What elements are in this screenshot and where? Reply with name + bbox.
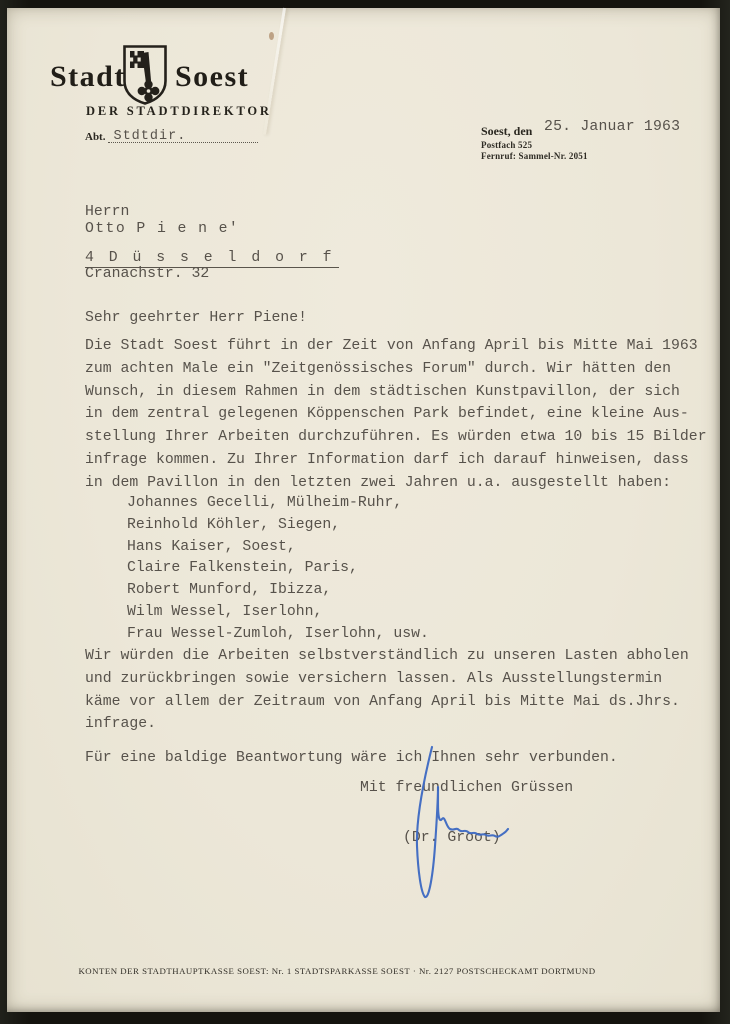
department-label: Abt. (85, 131, 105, 143)
footer-bank-accounts: KONTEN DER STADTHAUPTKASSE SOEST: Nr. 1 … (7, 966, 667, 976)
department-value: Stdtdir. (108, 129, 186, 144)
letter-date: 25. Januar 1963 (544, 119, 680, 135)
body-paragraph-3: Für eine baldige Beantwortung wäre ich I… (85, 747, 715, 770)
signature-scribble-icon (401, 743, 513, 911)
recipient-salutation: Herrn (85, 204, 129, 220)
recipient-street: Cranachstr. 32 (85, 266, 209, 282)
greeting-line: Sehr geehrter Herr Piene! (85, 307, 307, 330)
body-paragraph-2: Wir würden die Arbeiten selbstverständli… (85, 645, 715, 736)
artist-list: Johannes Gecelli, Mülheim-Ruhr, Reinhold… (127, 493, 429, 646)
paper-stain (269, 32, 274, 40)
letterhead-word-soest: Soest (175, 60, 249, 94)
body-paragraph-1: Die Stadt Soest führt in der Zeit von An… (85, 335, 715, 495)
department-dotted-line: Stdtdir. (108, 124, 258, 143)
place-date-label: Soest, den (481, 124, 532, 139)
phone-line: Fernruf: Sammel-Nr. 2051 (481, 151, 588, 161)
recipient-name: Otto P i e n e' (85, 221, 239, 237)
letterhead-subtitle: DER STADTDIREKTOR (86, 104, 272, 119)
scanned-letter-page: { "letterhead": { "city_word1": "Stadt",… (0, 0, 730, 1024)
recipient-city-wrap: 4 D ü s s e l d o r f (85, 248, 339, 268)
pobox-line: Postfach 525 (481, 140, 532, 150)
letterhead-word-stadt: Stadt (50, 60, 126, 94)
soest-coat-of-arms-icon (122, 44, 168, 106)
letter-paper: Stadt Soest DER STADTDIREKTOR Abt. Stdtd… (7, 8, 720, 1012)
department-line: Abt. Stdtdir. (85, 124, 258, 143)
